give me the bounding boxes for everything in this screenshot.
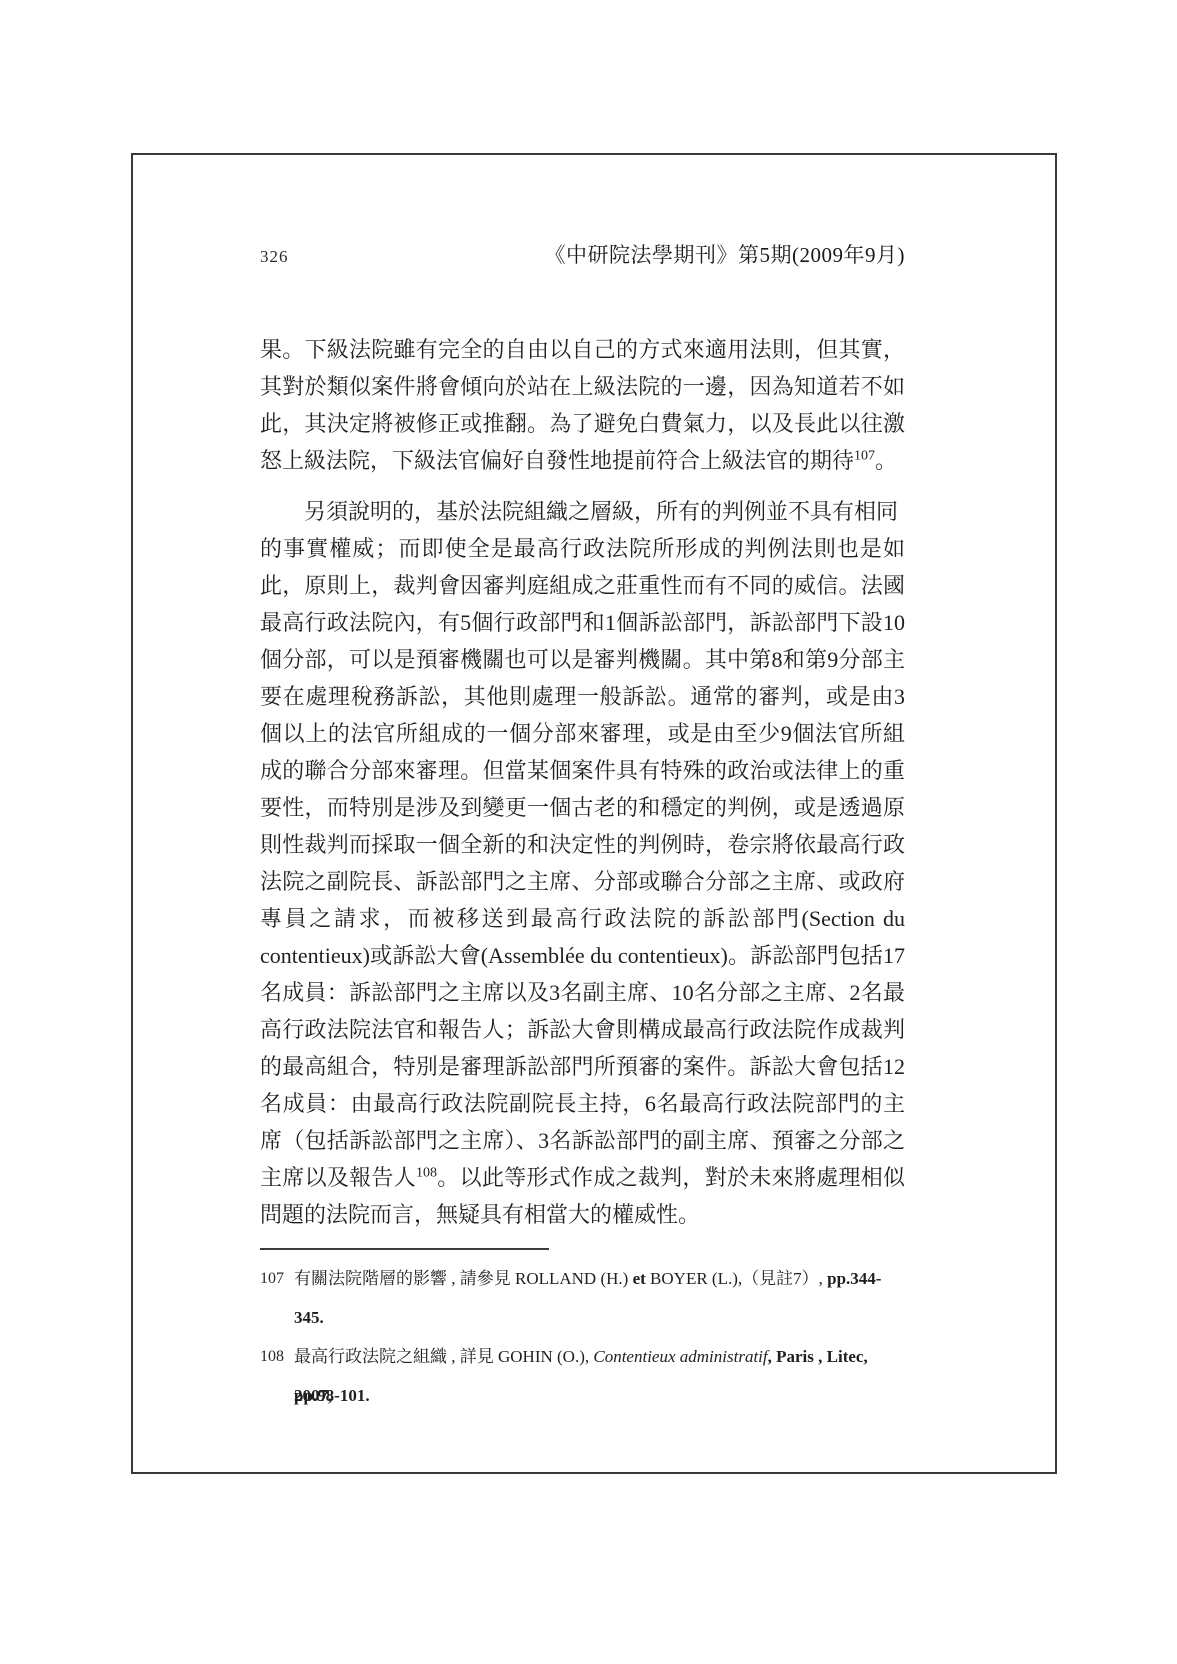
text-segment: 最高行政法院之組織 , 詳見 GOHIN (O.), (294, 1347, 593, 1366)
footnote-line: pp.98-101. (294, 1376, 905, 1415)
body-line: 主席以及報告人108。以此等形式作成之裁判，對於未來將處理相似 (260, 1159, 905, 1196)
text-segment: 專員之請求，而被移送到最高行政法院的訴訟部門(Section du (260, 906, 905, 931)
text-segment: 的事實權威；而即使全是最高行政法院所形成的判例法則也是如 (260, 536, 905, 561)
body-line: 高行政法院法官和報告人；訴訟大會則構成最高行政法院作成裁判 (260, 1011, 905, 1048)
text-segment: contentieux)或訴訟大會(Assemblée du contentie… (260, 943, 905, 968)
body-line: 此，其決定將被修正或推翻。為了避免白費氣力，以及長此以往激 (260, 405, 905, 442)
body-line: 法院之副院長、訴訟部門之主席、分部或聯合分部之主席、或政府 (260, 863, 905, 900)
footnote-line: 有關法院階層的影響 , 請參見 ROLLAND (H.) et BOYER (L… (294, 1259, 905, 1298)
body-line: 果。下級法院雖有完全的自由以自己的方式來適用法則，但其實， (260, 331, 905, 368)
running-header: 326 《中研院法學期刊》第5期(2009年9月) (260, 239, 905, 269)
body-line: 要在處理稅務訴訟，其他則處理一般訴訟。通常的審判，或是由3 (260, 678, 905, 715)
footnote-number: 107 (260, 1259, 294, 1298)
body-line: 要性，而特別是涉及到變更一個古老的和穩定的判例，或是透過原 (260, 789, 905, 826)
text-segment: 果。下級法院雖有完全的自由以自己的方式來適用法則，但其實， (260, 337, 905, 362)
page-number: 326 (260, 247, 289, 267)
scanned-journal-page: { "page": { "number": "326", "journal_he… (0, 0, 1177, 1664)
text-segment: 成的聯合分部來審理。但當某個案件具有特殊的政治或法律上的重 (260, 758, 905, 783)
text-segment: 問題的法院而言，無疑具有相當大的權威性。 (260, 1202, 700, 1227)
body-line: 的事實權威；而即使全是最高行政法院所形成的判例法則也是如 (260, 530, 905, 567)
text-segment: 怒上級法院，下級法官偏好自發性地提前符合上級法官的期待 (260, 448, 854, 473)
footnote-ref: 107 (854, 449, 875, 464)
body-line: 個以上的法官所組成的一個分部來審理，或是由至少9個法官所組 (260, 715, 905, 752)
body-line: 席（包括訴訟部門之主席）、3名訴訟部門的副主席、預審之分部之 (260, 1122, 905, 1159)
text-segment: 要在處理稅務訴訟，其他則處理一般訴訟。通常的審判，或是由3 (260, 684, 905, 709)
text-segment: 另須說明的，基於法院組織之層級，所有的判例並不具有相同 (304, 499, 898, 524)
body-line: 此，原則上，裁判會因審判庭組成之莊重性而有不同的威信。法國 (260, 567, 905, 604)
text-segment: 個分部，可以是預審機關也可以是審判機關。其中第8和第9分部主 (260, 647, 905, 672)
text-segment: 此，原則上，裁判會因審判庭組成之莊重性而有不同的威信。法國 (260, 573, 905, 598)
footnote: 108最高行政法院之組織 , 詳見 GOHIN (O.), Contentieu… (260, 1337, 905, 1415)
paragraph: 果。下級法院雖有完全的自由以自己的方式來適用法則，但其實，其對於類似案件將會傾向… (260, 331, 905, 479)
text-segment: 此，其決定將被修正或推翻。為了避免白費氣力，以及長此以往激 (260, 411, 905, 436)
footnote-text: 有關法院階層的影響 , 請參見 ROLLAND (H.) et BOYER (L… (294, 1259, 905, 1337)
text-segment: pp.344- (827, 1269, 881, 1288)
text-segment: pp.98-101. (294, 1386, 370, 1405)
footnote-number: 108 (260, 1337, 294, 1376)
body-line: 則性裁判而採取一個全新的和決定性的判例時，卷宗將依最高行政 (260, 826, 905, 863)
footnote-separator (260, 1248, 549, 1250)
text-segment: BOYER (L.),（見註7）, (646, 1269, 827, 1288)
footnote-ref: 108 (416, 1166, 437, 1181)
body-line: 另須說明的，基於法院組織之層級，所有的判例並不具有相同 (260, 493, 905, 530)
text-segment: et (633, 1269, 646, 1288)
text-segment: 名成員：訴訟部門之主席以及3名副主席、10名分部之主席、2名最 (260, 980, 905, 1005)
footnote-line: 最高行政法院之組織 , 詳見 GOHIN (O.), Contentieux a… (294, 1337, 905, 1376)
body-line: 問題的法院而言，無疑具有相當大的權威性。 (260, 1196, 905, 1233)
page-content: 326 《中研院法學期刊》第5期(2009年9月) 果。下級法院雖有完全的自由以… (133, 239, 1055, 1415)
text-segment: 則性裁判而採取一個全新的和決定性的判例時，卷宗將依最高行政 (260, 832, 905, 857)
body-line: 名成員：訴訟部門之主席以及3名副主席、10名分部之主席、2名最 (260, 974, 905, 1011)
footnote-text: 最高行政法院之組織 , 詳見 GOHIN (O.), Contentieux a… (294, 1337, 905, 1415)
text-segment: 345. (294, 1308, 324, 1327)
page-border-frame: 326 《中研院法學期刊》第5期(2009年9月) 果。下級法院雖有完全的自由以… (131, 153, 1057, 1474)
text-segment: 的最高組合，特別是審理訴訟部門所預審的案件。訴訟大會包括12 (260, 1054, 905, 1079)
paragraph: 另須說明的，基於法院組織之層級，所有的判例並不具有相同的事實權威；而即使全是最高… (260, 493, 905, 1233)
footnotes-section: 107有關法院階層的影響 , 請參見 ROLLAND (H.) et BOYER… (260, 1259, 905, 1415)
text-segment: 高行政法院法官和報告人；訴訟大會則構成最高行政法院作成裁判 (260, 1017, 905, 1042)
text-segment: 。以此等形式作成之裁判，對於未來將處理相似 (437, 1165, 905, 1190)
body-line: 專員之請求，而被移送到最高行政法院的訴訟部門(Section du (260, 900, 905, 937)
footnote-line: 345. (294, 1298, 905, 1337)
text-segment: 個以上的法官所組成的一個分部來審理，或是由至少9個法官所組 (260, 721, 905, 746)
journal-header: 《中研院法學期刊》第5期(2009年9月) (545, 239, 906, 269)
body-line: 的最高組合，特別是審理訴訟部門所預審的案件。訴訟大會包括12 (260, 1048, 905, 1085)
text-segment: 其對於類似案件將會傾向於站在上級法院的一邊，因為知道若不如 (260, 374, 905, 399)
text-segment: 。 (875, 448, 897, 473)
text-segment: 有關法院階層的影響 , 請參見 ROLLAND (H.) (294, 1269, 633, 1288)
body-line: 其對於類似案件將會傾向於站在上級法院的一邊，因為知道若不如 (260, 368, 905, 405)
body-line: 最高行政法院內，有5個行政部門和1個訴訟部門，訴訟部門下設10 (260, 604, 905, 641)
body-line: 成的聯合分部來審理。但當某個案件具有特殊的政治或法律上的重 (260, 752, 905, 789)
text-segment: 要性，而特別是涉及到變更一個古老的和穩定的判例，或是透過原 (260, 795, 905, 820)
body-line: contentieux)或訴訟大會(Assemblée du contentie… (260, 937, 905, 974)
body-line: 個分部，可以是預審機關也可以是審判機關。其中第8和第9分部主 (260, 641, 905, 678)
text-segment: 最高行政法院內，有5個行政部門和1個訴訟部門，訴訟部門下設10 (260, 610, 905, 635)
text-segment: 席（包括訴訟部門之主席）、3名訴訟部門的副主席、預審之分部之 (260, 1128, 905, 1153)
body-line: 怒上級法院，下級法官偏好自發性地提前符合上級法官的期待107。 (260, 442, 905, 479)
body-text: 果。下級法院雖有完全的自由以自己的方式來適用法則，但其實，其對於類似案件將會傾向… (260, 331, 905, 1233)
text-segment: 主席以及報告人 (260, 1165, 416, 1190)
text-segment: 法院之副院長、訴訟部門之主席、分部或聯合分部之主席、或政府 (260, 869, 905, 894)
footnote: 107有關法院階層的影響 , 請參見 ROLLAND (H.) et BOYER… (260, 1259, 905, 1337)
text-segment: Contentieux administratif (593, 1347, 767, 1366)
text-segment: 名成員：由最高行政法院副院長主持，6名最高行政法院部門的主 (260, 1091, 905, 1116)
body-line: 名成員：由最高行政法院副院長主持，6名最高行政法院部門的主 (260, 1085, 905, 1122)
